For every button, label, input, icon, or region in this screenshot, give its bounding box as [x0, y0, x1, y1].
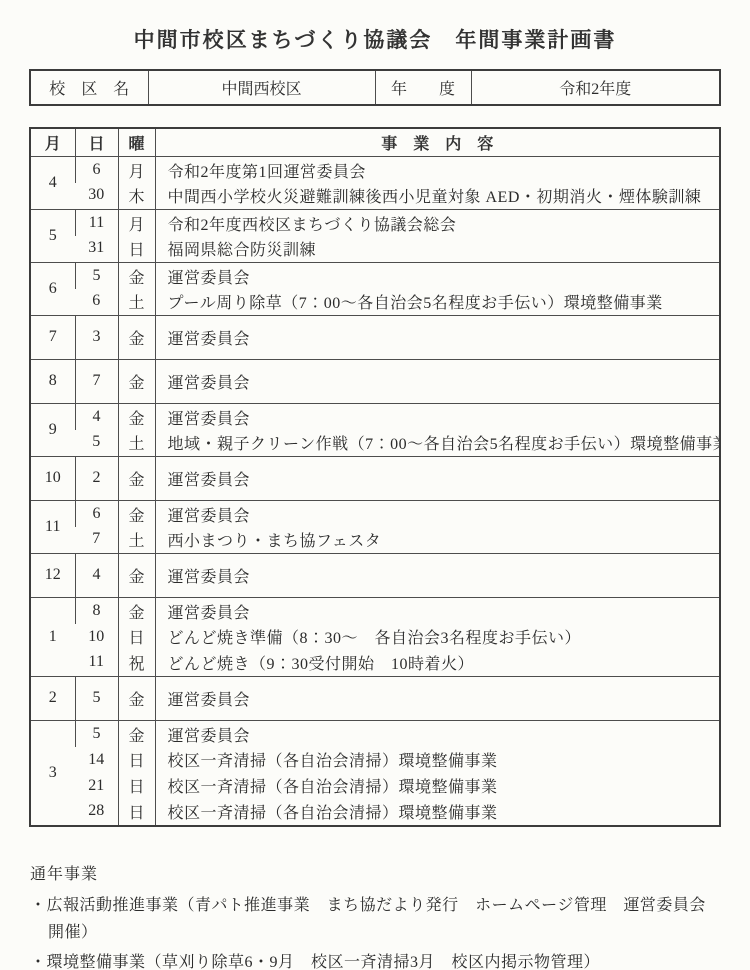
event-row: 1 8 金 運営委員会	[30, 597, 720, 624]
district-name-value: 中間西校区	[148, 70, 375, 105]
event-content-cell: 校区一斉清掃（各自治会清掃）環境整備事業	[155, 799, 720, 826]
day-cell: 4	[75, 553, 118, 597]
day-cell: 5	[75, 262, 118, 289]
weekday-cell: 日	[118, 799, 155, 826]
day-cell: 31	[75, 236, 118, 263]
month-cell: 6	[30, 262, 75, 315]
fiscal-year-value: 令和2年度	[471, 70, 720, 105]
weekday-cell: 月	[118, 156, 155, 183]
event-content-cell: 西小まつり・まち協フェスタ	[155, 527, 720, 554]
month-group-may: 5 11 月 令和2年度西校区まちづくり協議会総会 31 日 福岡県総合防災訓練	[30, 209, 720, 262]
event-content-cell: 校区一斉清掃（各自治会清掃）環境整備事業	[155, 773, 720, 799]
day-cell: 8	[75, 597, 118, 624]
annual-projects-heading: 通年事業	[30, 861, 720, 884]
event-row: 5 土 地域・親子クリーン作戦（7：00～各自治会5名程度お手伝い）環境整備事業	[30, 430, 720, 457]
weekday-cell: 土	[118, 289, 155, 316]
day-cell: 6	[75, 500, 118, 527]
weekday-cell: 月	[118, 209, 155, 236]
day-cell: 30	[75, 183, 118, 210]
event-content-cell: 令和2年度西校区まちづくり協議会総会	[155, 209, 720, 236]
event-content-cell: 運営委員会	[155, 262, 720, 289]
event-content-cell: 運営委員会	[155, 315, 720, 359]
weekday-cell: 日	[118, 236, 155, 263]
info-row: 校 区 名 中間西校区 年 度 令和2年度	[30, 70, 720, 105]
weekday-cell: 金	[118, 315, 155, 359]
day-cell: 4	[75, 403, 118, 430]
scanned-document-page: 中間市校区まちづくり協議会 年間事業計画書 校 区 名 中間西校区 年 度 令和…	[0, 0, 750, 970]
day-cell: 5	[75, 676, 118, 720]
event-row: 7 3 金 運営委員会	[30, 315, 720, 359]
event-row: 3 5 金 運営委員会	[30, 720, 720, 747]
month-cell: 10	[30, 456, 75, 500]
annual-projects-section: 通年事業 ・広報活動推進事業（青パト推進事業 まち協だより発行 ホームページ管理…	[30, 861, 720, 970]
month-cell: 1	[30, 597, 75, 676]
month-cell: 9	[30, 403, 75, 456]
info-table: 校 区 名 中間西校区 年 度 令和2年度	[29, 69, 721, 106]
month-cell: 3	[30, 720, 75, 826]
event-content-cell: どんど焼き（9：30受付開始 10時着火）	[155, 650, 720, 677]
event-row: 14 日 校区一斉清掃（各自治会清掃）環境整備事業	[30, 747, 720, 773]
weekday-cell: 金	[118, 676, 155, 720]
event-content-cell: 運営委員会	[155, 597, 720, 624]
month-group-february: 2 5 金 運営委員会	[30, 676, 720, 720]
month-group-july: 7 3 金 運営委員会	[30, 315, 720, 359]
weekday-cell: 日	[118, 747, 155, 773]
event-row: 9 4 金 運営委員会	[30, 403, 720, 430]
event-row: 4 6 月 令和2年度第1回運営委員会	[30, 156, 720, 183]
month-cell: 2	[30, 676, 75, 720]
weekday-cell: 金	[118, 262, 155, 289]
event-content-cell: 運営委員会	[155, 553, 720, 597]
month-cell: 12	[30, 553, 75, 597]
weekday-cell: 木	[118, 183, 155, 210]
weekday-cell: 土	[118, 430, 155, 457]
weekday-column-header: 曜	[118, 128, 155, 156]
weekday-cell: 金	[118, 456, 155, 500]
event-row: 7 土 西小まつり・まち協フェスタ	[30, 527, 720, 554]
event-row: 6 5 金 運営委員会	[30, 262, 720, 289]
event-content-cell: 福岡県総合防災訓練	[155, 236, 720, 263]
event-row: 10 2 金 運営委員会	[30, 456, 720, 500]
event-row: 30 木 中間西小学校火災避難訓練後西小児童対象 AED・初期消火・煙体験訓練	[30, 183, 720, 210]
event-row: 2 5 金 運営委員会	[30, 676, 720, 720]
district-name-label: 校 区 名	[30, 70, 148, 105]
day-cell: 5	[75, 720, 118, 747]
day-cell: 28	[75, 799, 118, 826]
day-cell: 14	[75, 747, 118, 773]
day-cell: 11	[75, 650, 118, 677]
day-cell: 21	[75, 773, 118, 799]
event-content-cell: 令和2年度第1回運営委員会	[155, 156, 720, 183]
month-group-march: 3 5 金 運営委員会 14 日 校区一斉清掃（各自治会清掃）環境整備事業 21…	[30, 720, 720, 826]
day-cell: 10	[75, 624, 118, 650]
event-row: 11 祝 どんど焼き（9：30受付開始 10時着火）	[30, 650, 720, 677]
fiscal-year-label: 年 度	[375, 70, 471, 105]
event-content-cell: 運営委員会	[155, 720, 720, 747]
month-cell: 4	[30, 156, 75, 209]
weekday-cell: 金	[118, 403, 155, 430]
month-group-october: 10 2 金 運営委員会	[30, 456, 720, 500]
day-cell: 2	[75, 456, 118, 500]
content-column-header: 事 業 内 容	[155, 128, 720, 156]
weekday-cell: 祝	[118, 650, 155, 677]
weekday-cell: 金	[118, 720, 155, 747]
weekday-cell: 日	[118, 624, 155, 650]
month-cell: 5	[30, 209, 75, 262]
annual-project-item-publicity: ・広報活動推進事業（青パト推進事業 まち協だより発行 ホームページ管理 運営委員…	[30, 892, 720, 946]
day-cell: 3	[75, 315, 118, 359]
weekday-cell: 土	[118, 527, 155, 554]
month-cell: 8	[30, 359, 75, 403]
month-group-december: 12 4 金 運営委員会	[30, 553, 720, 597]
event-content-cell: 運営委員会	[155, 359, 720, 403]
event-content-cell: 運営委員会	[155, 500, 720, 527]
event-content-cell: どんど焼き準備（8：30～ 各自治会3名程度お手伝い）	[155, 624, 720, 650]
month-group-august: 8 7 金 運営委員会	[30, 359, 720, 403]
event-content-cell: 運営委員会	[155, 676, 720, 720]
annual-project-item-environment: ・環境整備事業（草刈り除草6・9月 校区一斉清掃3月 校区内掲示物管理）	[30, 949, 720, 970]
month-group-april: 4 6 月 令和2年度第1回運営委員会 30 木 中間西小学校火災避難訓練後西小…	[30, 156, 720, 209]
event-content-cell: プール周り除草（7：00～各自治会5名程度お手伝い）環境整備事業	[155, 289, 720, 316]
event-row: 5 11 月 令和2年度西校区まちづくり協議会総会	[30, 209, 720, 236]
day-cell: 7	[75, 359, 118, 403]
day-column-header: 日	[75, 128, 118, 156]
month-column-header: 月	[30, 128, 75, 156]
weekday-cell: 金	[118, 597, 155, 624]
event-content-cell: 中間西小学校火災避難訓練後西小児童対象 AED・初期消火・煙体験訓練	[155, 183, 720, 210]
event-row: 12 4 金 運営委員会	[30, 553, 720, 597]
event-row: 11 6 金 運営委員会	[30, 500, 720, 527]
month-group-november: 11 6 金 運営委員会 7 土 西小まつり・まち協フェスタ	[30, 500, 720, 553]
event-content-cell: 地域・親子クリーン作戦（7：00～各自治会5名程度お手伝い）環境整備事業	[155, 430, 720, 457]
event-content-cell: 運営委員会	[155, 456, 720, 500]
month-cell: 7	[30, 315, 75, 359]
month-cell: 11	[30, 500, 75, 553]
event-row: 21 日 校区一斉清掃（各自治会清掃）環境整備事業	[30, 773, 720, 799]
event-content-cell: 運営委員会	[155, 403, 720, 430]
day-cell: 11	[75, 209, 118, 236]
document-title: 中間市校区まちづくり協議会 年間事業計画書	[0, 0, 750, 54]
event-row: 6 土 プール周り除草（7：00～各自治会5名程度お手伝い）環境整備事業	[30, 289, 720, 316]
event-content-cell: 校区一斉清掃（各自治会清掃）環境整備事業	[155, 747, 720, 773]
weekday-cell: 金	[118, 553, 155, 597]
day-cell: 6	[75, 156, 118, 183]
month-group-june: 6 5 金 運営委員会 6 土 プール周り除草（7：00～各自治会5名程度お手伝…	[30, 262, 720, 315]
event-row: 10 日 どんど焼き準備（8：30～ 各自治会3名程度お手伝い）	[30, 624, 720, 650]
month-group-september: 9 4 金 運営委員会 5 土 地域・親子クリーン作戦（7：00～各自治会5名程…	[30, 403, 720, 456]
day-cell: 5	[75, 430, 118, 457]
day-cell: 7	[75, 527, 118, 554]
weekday-cell: 金	[118, 359, 155, 403]
month-group-january: 1 8 金 運営委員会 10 日 どんど焼き準備（8：30～ 各自治会3名程度お…	[30, 597, 720, 676]
day-cell: 6	[75, 289, 118, 316]
event-row: 8 7 金 運営委員会	[30, 359, 720, 403]
schedule-table: 月 日 曜 事 業 内 容 4 6 月 令和2年度第1回運営委員会 30 木 中…	[29, 127, 721, 827]
schedule-header-row: 月 日 曜 事 業 内 容	[30, 128, 720, 156]
weekday-cell: 日	[118, 773, 155, 799]
weekday-cell: 金	[118, 500, 155, 527]
event-row: 31 日 福岡県総合防災訓練	[30, 236, 720, 263]
event-row: 28 日 校区一斉清掃（各自治会清掃）環境整備事業	[30, 799, 720, 826]
